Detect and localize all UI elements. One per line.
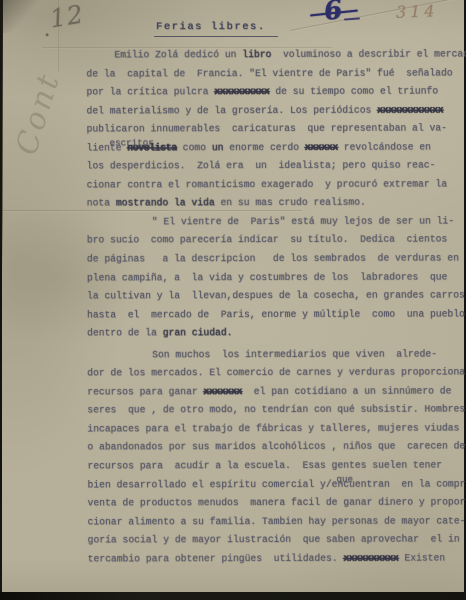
text-run: enorme cerdo bbox=[223, 142, 304, 153]
struck-out-text: xxxxxxx bbox=[203, 386, 242, 397]
text-run: de páginas a la descripcion de los sembr… bbox=[87, 253, 459, 265]
text-run: libro bbox=[242, 49, 271, 60]
text-run: el pan cotidiano a un sinnúmero de bbox=[242, 385, 451, 397]
scan-edge-bottom bbox=[0, 592, 466, 600]
text-run: nota bbox=[87, 198, 116, 209]
typescript-line: de la capital de Francia. "El vientre de… bbox=[86, 67, 458, 87]
text-run: revolcándose en bbox=[338, 141, 431, 152]
text-run: en su mas crudo realismo. bbox=[215, 197, 366, 208]
handwritten-folio-number: 314 bbox=[396, 1, 439, 21]
text-run: tercambio para obtener pingües utilidade… bbox=[88, 553, 344, 565]
typescript-line: nota mostrando la vida en su mas crudo r… bbox=[87, 197, 459, 217]
text-run: del materialismo y de la grosería. Los p… bbox=[86, 104, 377, 116]
typescript-line: " El vientre de Paris" está muy lejos de… bbox=[87, 215, 459, 235]
text-run: escritor bbox=[110, 137, 154, 148]
text-run: recursos para ganar bbox=[87, 386, 203, 397]
text-run: plena campiña, a la vida y costumbres de… bbox=[87, 271, 447, 283]
text-run: incapaces para el trabajo de fábricas y … bbox=[87, 422, 459, 434]
text-run: mostrando la vida bbox=[116, 198, 215, 209]
text-run: venta de productos menudos manera facil … bbox=[87, 497, 465, 509]
text-run: gran ciudad. bbox=[163, 327, 233, 338]
text-run: un bbox=[212, 142, 224, 153]
typescript-line: o abandonados por sus maridos alcohólico… bbox=[87, 441, 459, 461]
handwritten-margin-note: Cont bbox=[9, 68, 67, 159]
scan-edge-left bbox=[0, 0, 3, 270]
text-run: de su tiempo como el triunfo bbox=[269, 86, 438, 97]
typescript-line: goría social y de mayor ilustración que … bbox=[88, 534, 460, 554]
text-run: " El vientre de Paris" está muy lejos de… bbox=[152, 215, 454, 227]
typescript-line: tercambio para obtener pingües utilidade… bbox=[88, 552, 460, 572]
text-run: que bbox=[336, 473, 353, 484]
handwritten-crossed-mark: 6 bbox=[310, 0, 370, 30]
text-run: por la crítica pulcra bbox=[86, 86, 214, 97]
typescript-line: hasta el mercado de Paris, enorme y múlt… bbox=[87, 308, 459, 328]
struck-out-text: xxxxxxxxxx bbox=[343, 552, 398, 563]
typescript-line: bien desarrollado el espíritu comercial … bbox=[87, 478, 459, 498]
text-run: publicaron innumerables caricaturas que … bbox=[87, 123, 447, 135]
text-run: bien desarrollado el espíritu comercial … bbox=[87, 478, 465, 490]
struck-out-text: xxxxxx bbox=[305, 142, 338, 153]
typescript-line: la cultivan y la llevan,despues de la co… bbox=[87, 290, 459, 310]
typescript-line: dor de los mercados. El comercio de carn… bbox=[87, 367, 459, 387]
struck-out-text: xxxxxxxxxxxx bbox=[377, 104, 443, 115]
typescript-line: cionar alimento a su familia. Tambien ha… bbox=[88, 515, 460, 535]
text-run: Son muchos los intermediarios que viven … bbox=[152, 348, 437, 360]
scan-edge-left-lower bbox=[0, 500, 2, 593]
typescript-line: Emilio Zolá dedicó un libro voluminoso a… bbox=[86, 49, 458, 69]
typescript-line: Son muchos los intermediarios que viven … bbox=[87, 348, 459, 368]
typescript-line: incapaces para el trabajo de fábricas y … bbox=[87, 422, 459, 442]
text-run: los desperdicios. Zolá era un idealista;… bbox=[87, 160, 436, 172]
typescript-line: de páginas a la descripcion de los sembr… bbox=[87, 253, 459, 273]
typescript-line: venta de productos menudos manera facil … bbox=[87, 497, 459, 517]
typescript-line: del materialismo y de la grosería. Los p… bbox=[86, 104, 458, 124]
scanned-typescript-page: { "colors": { "paper": "#b6af99", "typew… bbox=[0, 0, 466, 600]
typescript-line: plena campiña, a la vida y costumbres de… bbox=[87, 271, 459, 291]
typescript-line: por la crítica pulcra xxxxxxxxxx de su t… bbox=[86, 86, 458, 106]
text-run: o abandonados por sus maridos alcohólico… bbox=[87, 441, 465, 453]
text-run: Existen bbox=[399, 552, 446, 563]
text-run: recursos para acudir a la escuela. Esas … bbox=[87, 460, 442, 472]
typescript-line: bro sucio como parecería indicar su títu… bbox=[87, 234, 459, 254]
handwritten-page-number: 12 bbox=[48, 0, 86, 33]
text-run: como bbox=[177, 142, 212, 153]
typescript-line: dentro de la gran ciudad. bbox=[87, 327, 459, 347]
text-run: goría social y de mayor ilustración que … bbox=[88, 534, 460, 546]
cross-stroke-tail bbox=[344, 17, 360, 20]
text-run: dor de los mercados. El comercio de carn… bbox=[87, 367, 465, 379]
struck-out-text: xxxxxxxxxx bbox=[214, 86, 269, 97]
text-run: seres que , de otro modo, no tendrían co… bbox=[87, 404, 465, 416]
typescript-line: cionar contra el romanticismo exagerado … bbox=[87, 178, 459, 198]
paper-sheet: 12 6 314 Cont Ferias libres. Emilio Zolá… bbox=[2, 0, 464, 593]
typescript-line: recursos para acudir a la escuela. Esas … bbox=[87, 460, 459, 480]
text-run: dentro de la bbox=[87, 327, 163, 338]
typescript-body: Emilio Zolá dedicó un libro voluminoso a… bbox=[86, 49, 459, 572]
text-run: la cultivan y la llevan,despues de la co… bbox=[87, 290, 465, 302]
text-run: de la capital de Francia. "El vientre de… bbox=[86, 67, 452, 79]
typescript-line: recursos para ganar xxxxxxx el pan cotid… bbox=[87, 385, 459, 405]
typescript-line: los desperdicios. Zolá era un idealista;… bbox=[87, 160, 459, 180]
text-run: cionar contra el romanticismo exagerado … bbox=[87, 178, 447, 190]
text-run: bro sucio como parecería indicar su títu… bbox=[87, 234, 447, 246]
text-run: cionar alimento a su familia. Tambien ha… bbox=[88, 515, 466, 527]
text-run: voluminoso a describir el mercado bbox=[271, 48, 466, 60]
text-run: Emilio Zolá dedicó un bbox=[114, 49, 242, 60]
typescript-line: seres que , de otro modo, no tendrían co… bbox=[87, 404, 459, 424]
horizontal-crease bbox=[42, 47, 332, 48]
text-run: hasta el mercado de Paris, enorme y múlt… bbox=[87, 308, 465, 320]
document-title: Ferias libres. bbox=[154, 21, 278, 37]
pencil-dot bbox=[45, 33, 48, 36]
